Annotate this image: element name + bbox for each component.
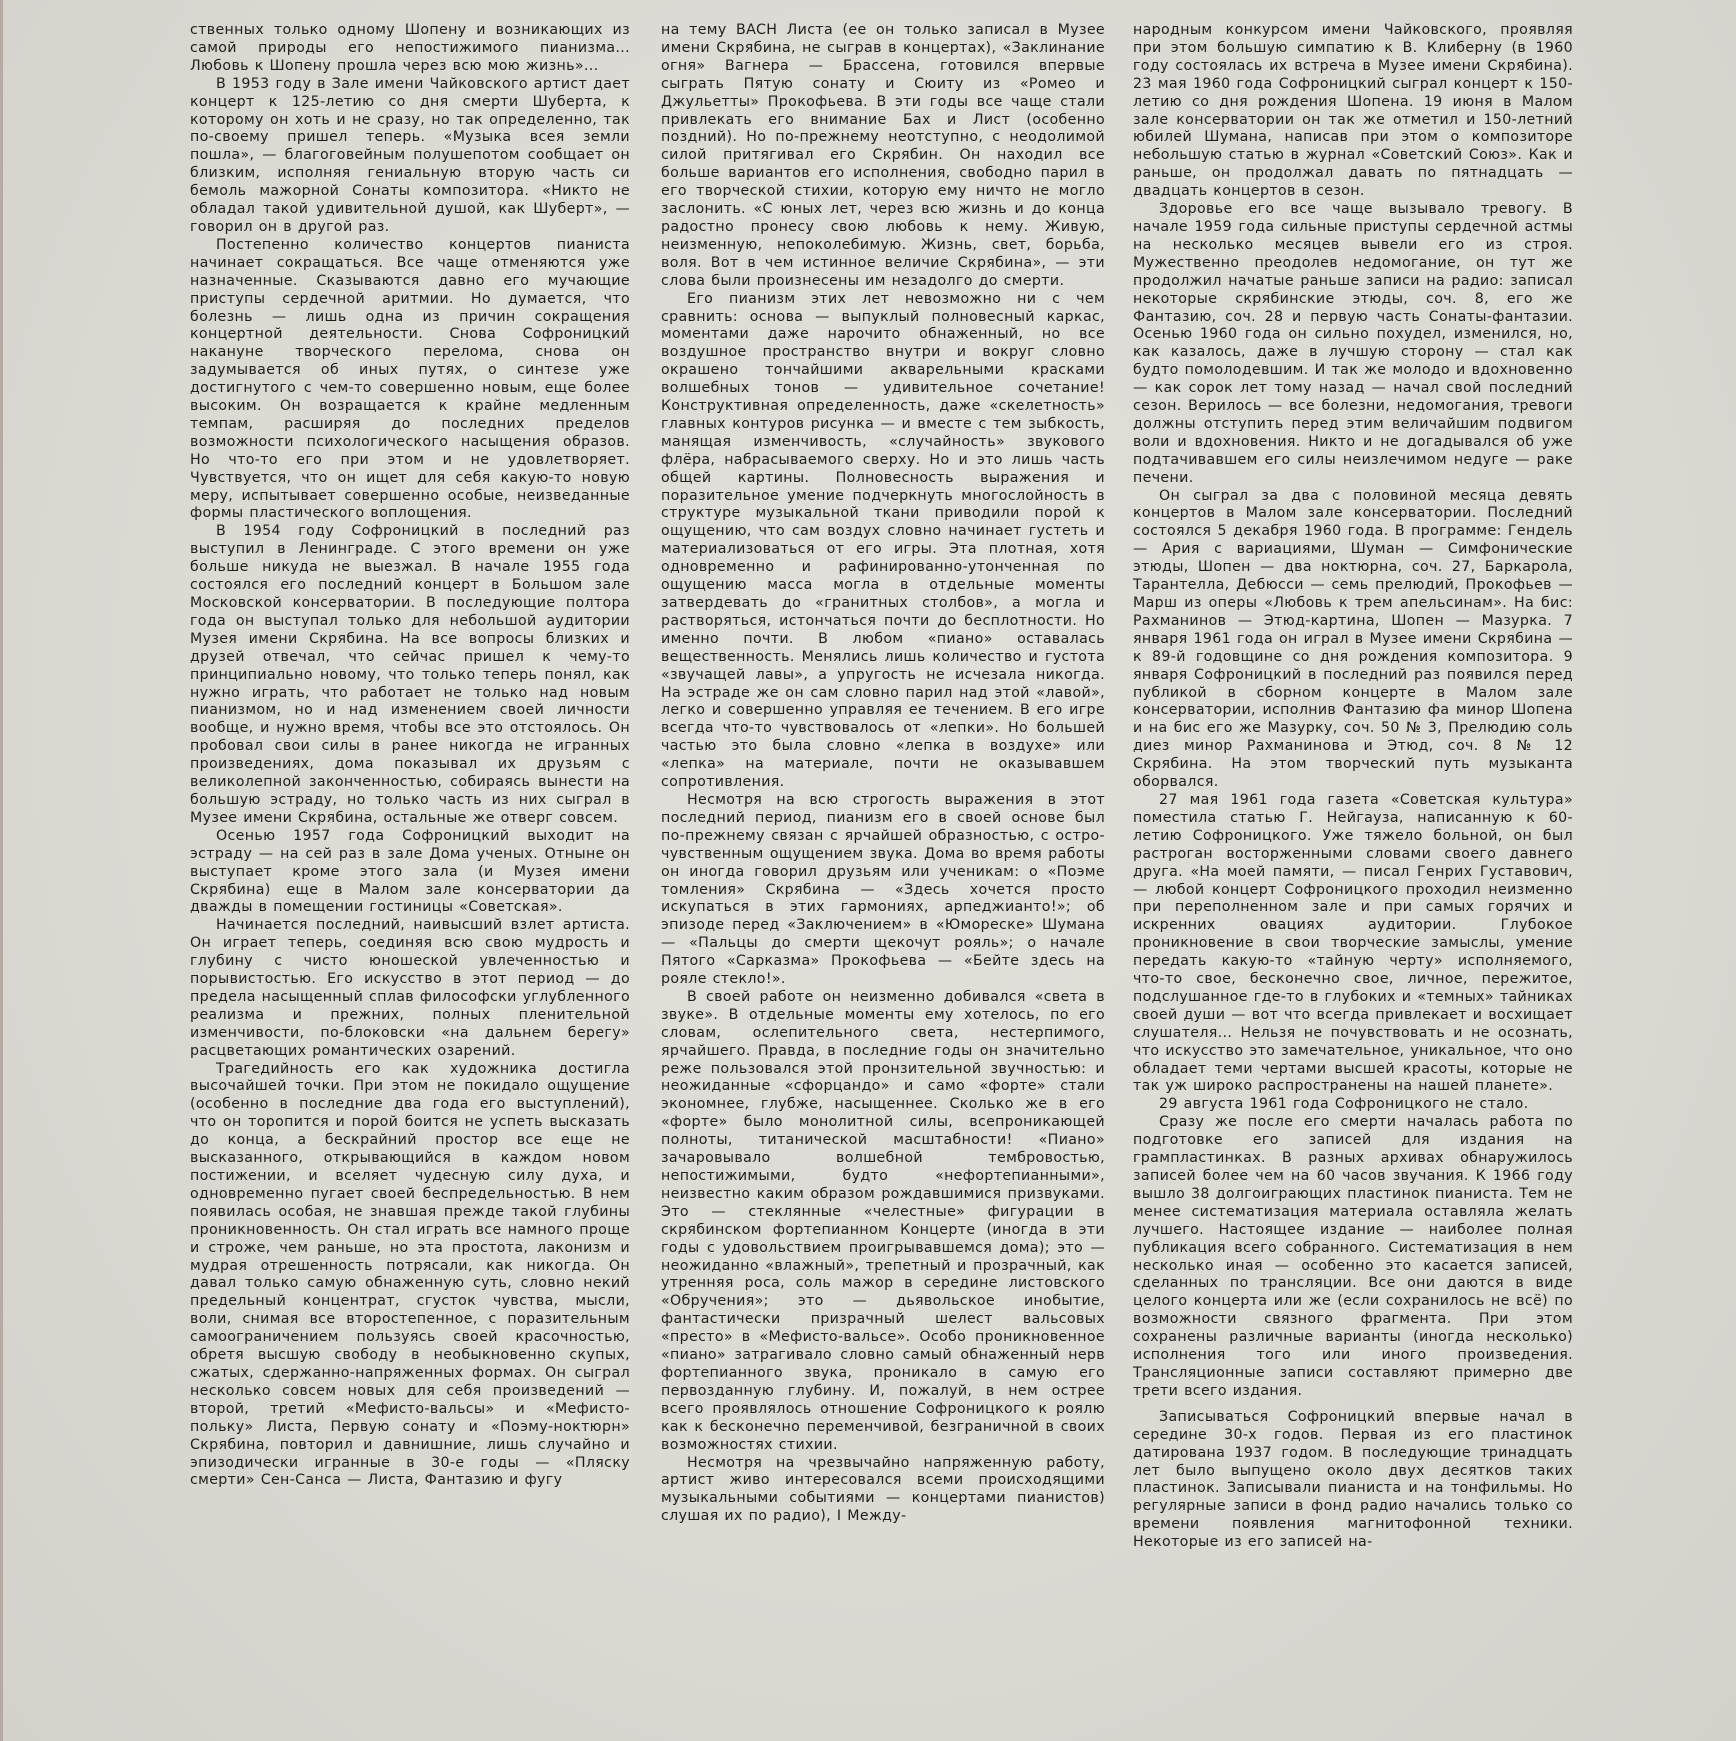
paragraph: В своей работе он неизменно добивался «с… (661, 989, 1105, 1455)
text-column-3: народным конкурсом имени Чайковского, пр… (1133, 22, 1573, 1552)
paragraph: Постепенно количество концертов пианиста… (190, 237, 630, 524)
text-column-2: на тему BACH Листа (ее он только записал… (661, 22, 1105, 1526)
paragraph: на тему BACH Листа (ее он только записал… (661, 22, 1105, 291)
paragraph: Его пианизм этих лет невозможно ни с чем… (661, 291, 1105, 792)
paragraph: В 1953 году в Зале имени Чайковского арт… (190, 76, 630, 237)
paragraph: Осенью 1957 года Софроницкий выходит на … (190, 828, 630, 918)
paragraph: Он сыграл за два с половиной месяца девя… (1133, 488, 1573, 792)
page-left-edge (0, 0, 3, 1741)
paragraph: Записываться Софроницкий впервые начал в… (1133, 1409, 1573, 1552)
paragraph: ственных только одному Шопену и возникаю… (190, 22, 630, 76)
paragraph: Несмотря на всю строгость выражения в эт… (661, 792, 1105, 989)
paragraph: 27 мая 1961 года газета «Советская культ… (1133, 792, 1573, 1096)
paragraph: Начинается последний, наивысший взлет ар… (190, 917, 630, 1060)
paragraph: Сразу же после его смерти началась работ… (1133, 1114, 1573, 1401)
paragraph: Несмотря на чрезвычайно напряженную рабо… (661, 1455, 1105, 1527)
text-column-1: ственных только одному Шопену и возникаю… (190, 22, 630, 1490)
paragraph: Трагедийность его как художника достигла… (190, 1061, 630, 1491)
paragraph: 29 августа 1961 года Софроницкого не ста… (1133, 1096, 1573, 1114)
paragraph: В 1954 году Софроницкий в последний раз … (190, 523, 630, 827)
paragraph: Здоровье его все чаще вызывало тревогу. … (1133, 201, 1573, 488)
paragraph: народным конкурсом имени Чайковского, пр… (1133, 22, 1573, 201)
